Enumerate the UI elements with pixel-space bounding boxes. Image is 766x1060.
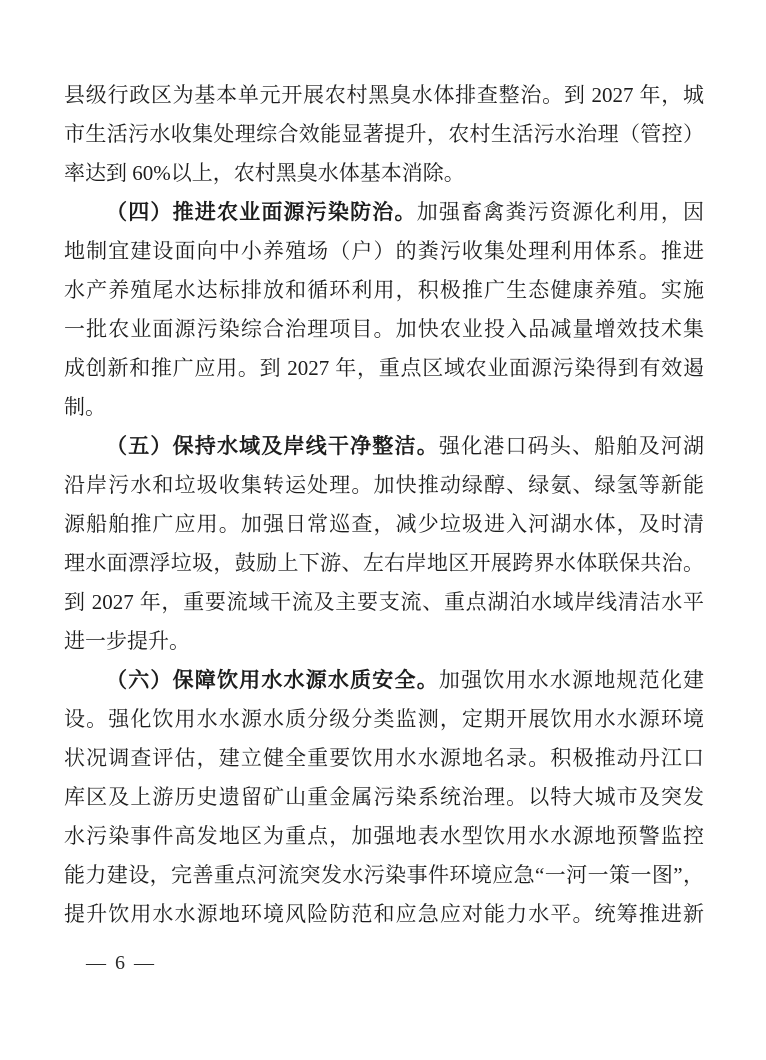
text-line: 制。 [64, 388, 704, 427]
text-line: 到 2027 年，重要流域干流及主要支流、重点湖泊水域岸线清洁水平 [64, 583, 704, 622]
text-line: （六）保障饮用水水源水质安全。加强饮用水水源地规范化建 [64, 661, 704, 700]
text-line: 地制宜建设面向中小养殖场（户）的粪污收集处理利用体系。推进 [64, 232, 704, 271]
text-run: 强化港口码头、船舶及河湖 [439, 434, 704, 458]
text-line: 源船舶推广应用。加强日常巡查，减少垃圾进入河湖水体，及时清 [64, 505, 704, 544]
text-line: （五）保持水域及岸线干净整洁。强化港口码头、船舶及河湖 [64, 427, 704, 466]
paragraph-section-4: （四）推进农业面源污染防治。加强畜禽粪污资源化利用，因 地制宜建设面向中小养殖场… [64, 193, 704, 427]
text-line: 设。强化饮用水水源水质分级分类监测，定期开展饮用水水源环境 [64, 700, 704, 739]
text-line: 率达到 60%以上，农村黑臭水体基本消除。 [64, 154, 704, 193]
text-line: 理水面漂浮垃圾，鼓励上下游、左右岸地区开展跨界水体联保共治。 [64, 544, 704, 583]
document-body: 县级行政区为基本单元开展农村黑臭水体排查整治。到 2027 年，城 市生活污水收… [64, 76, 704, 934]
section-heading: （六）保障饮用水水源水质安全。 [106, 668, 439, 692]
section-heading: （五）保持水域及岸线干净整洁。 [106, 434, 439, 458]
section-heading: （四）推进农业面源污染防治。 [106, 200, 417, 224]
document-page: 县级行政区为基本单元开展农村黑臭水体排查整治。到 2027 年，城 市生活污水收… [0, 0, 766, 1060]
text-line: 沿岸污水和垃圾收集转运处理。加快推动绿醇、绿氨、绿氢等新能 [64, 466, 704, 505]
text-line: 市生活污水收集处理综合效能显著提升，农村生活污水治理（管控） [64, 115, 704, 154]
text-line: 提升饮用水水源地环境风险防范和应急应对能力水平。统筹推进新 [64, 895, 704, 934]
text-line: 一批农业面源污染综合治理项目。加快农业投入品减量增效技术集 [64, 310, 704, 349]
text-run: 加强饮用水水源地规范化建 [439, 668, 704, 692]
text-line: 水产养殖尾水达标排放和循环利用，积极推广生态健康养殖。实施 [64, 271, 704, 310]
text-line: 县级行政区为基本单元开展农村黑臭水体排查整治。到 2027 年，城 [64, 76, 704, 115]
text-line: 能力建设，完善重点河流突发水污染事件环境应急“一河一策一图”， [64, 856, 704, 895]
paragraph-section-5: （五）保持水域及岸线干净整洁。强化港口码头、船舶及河湖 沿岸污水和垃圾收集转运处… [64, 427, 704, 661]
text-line: 状况调查评估，建立健全重要饮用水水源地名录。积极推动丹江口 [64, 739, 704, 778]
text-line: 库区及上游历史遗留矿山重金属污染系统治理。以特大城市及突发 [64, 778, 704, 817]
text-line: 水污染事件高发地区为重点，加强地表水型饮用水水源地预警监控 [64, 817, 704, 856]
text-run: 加强畜禽粪污资源化利用，因 [417, 200, 704, 224]
paragraph: 县级行政区为基本单元开展农村黑臭水体排查整治。到 2027 年，城 市生活污水收… [64, 76, 704, 193]
text-line: 进一步提升。 [64, 622, 704, 661]
page-number: — 6 — [86, 948, 156, 978]
text-line: （四）推进农业面源污染防治。加强畜禽粪污资源化利用，因 [64, 193, 704, 232]
text-line: 成创新和推广应用。到 2027 年，重点区域农业面源污染得到有效遏 [64, 349, 704, 388]
paragraph-section-6: （六）保障饮用水水源水质安全。加强饮用水水源地规范化建 设。强化饮用水水源水质分… [64, 661, 704, 934]
